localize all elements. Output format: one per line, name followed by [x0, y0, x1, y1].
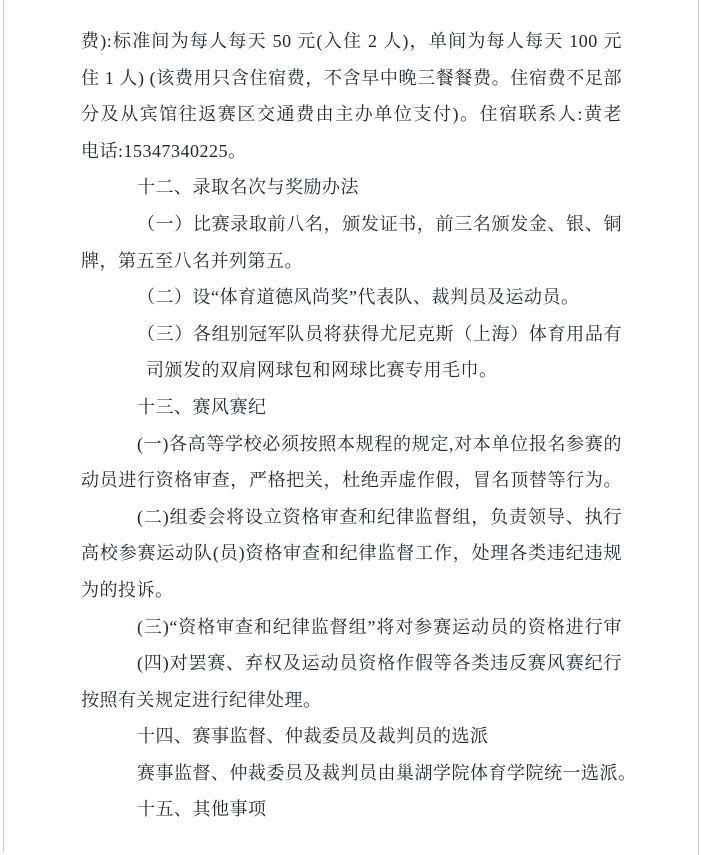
text-line: 十五、其他事项 [81, 791, 622, 828]
document-page: 费):标准间为每人每天 50 元(入住 2 人)，单间为每人每天 100 元(入… [0, 0, 701, 855]
text-line: 赛事监督、仲裁委员及裁判员由巢湖学院体育学院统一选派。 [81, 755, 622, 792]
text-line: 分及从宾馆往返赛区交通费由主办单位支付)。住宿联系人:黄老师， [81, 96, 622, 133]
page-left-border [3, 0, 4, 852]
text-line: 十二、录取名次与奖励办法 [81, 169, 622, 206]
text-line: (一)各高等学校必须按照本规程的规定,对本单位报名参赛的运 [81, 426, 622, 463]
text-line: 住 1 人) (该费用只含住宿费，不含早中晚三餐餐费。住宿费不足部 [81, 60, 622, 97]
text-line: 费):标准间为每人每天 50 元(入住 2 人)，单间为每人每天 100 元(入 [81, 23, 622, 60]
text-line: 动员进行资格审查，严格把关，杜绝弄虚作假，冒名顶替等行为。 [81, 462, 622, 499]
text-line: 高校参赛运动队(员)资格审查和纪律监督工作，处理各类违纪违规行 [81, 535, 622, 572]
text-line: （三）各组别冠军队员将获得尤尼克斯（上海）体育用品有限公 [81, 316, 622, 353]
page-right-border [698, 0, 699, 855]
text-line: 为的投诉。 [81, 572, 622, 609]
text-line: (四)对罢赛、弃权及运动员资格作假等各类违反赛风赛纪行为， [81, 645, 622, 682]
text-line: （二）设“体育道德风尚奖”代表队、裁判员及运动员。 [81, 279, 622, 316]
document-body: 费):标准间为每人每天 50 元(入住 2 人)，单间为每人每天 100 元(入… [81, 23, 622, 828]
text-line: 司颁发的双肩网球包和网球比赛专用毛巾。 [81, 352, 622, 389]
text-line: (三)“资格审查和纪律监督组”将对参赛运动员的资格进行审查。 [81, 609, 622, 646]
text-line: 十三、赛风赛纪 [81, 389, 622, 426]
text-line: 按照有关规定进行纪律处理。 [81, 682, 622, 719]
text-line: (二)组委会将设立资格审查和纪律监督组，负责领导、执行对各 [81, 499, 622, 536]
text-line: 电话:15347340225。 [81, 133, 622, 170]
text-line: 十四、赛事监督、仲裁委员及裁判员的选派 [81, 718, 622, 755]
text-line: （一）比赛录取前八名，颁发证书，前三名颁发金、银、铜 [81, 206, 622, 243]
text-line: 牌，第五至八名并列第五。 [81, 243, 622, 280]
